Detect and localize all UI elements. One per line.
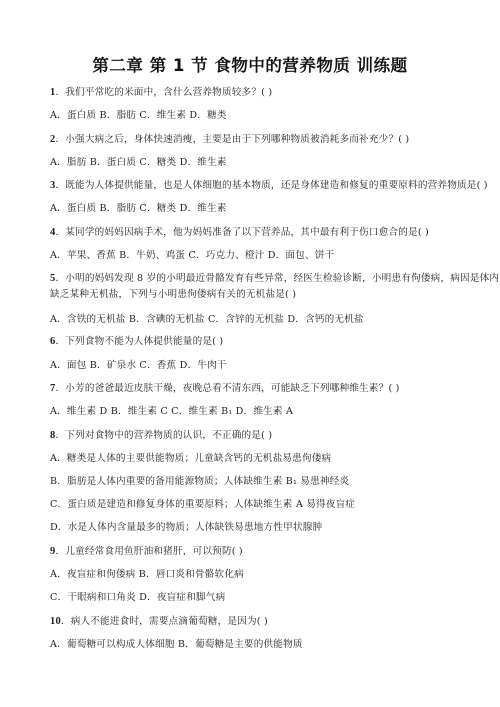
question-2: 2．小强大病之后，身体快速消瘦，主要是由于下列哪种物质被消耗多而补充少？( ): [50, 134, 409, 146]
question-1-options: A．蛋白质 B．脂肪 C．维生素 D．糖类: [50, 110, 227, 122]
question-3-options: A．蛋白质 B．脂肪 C．糖类 D．维生素: [50, 203, 227, 215]
question-stem: 儿童经常食用鱼肝油和猪肝，可以预防( ): [65, 546, 243, 557]
question-5: 5．小明的妈妈发现 8 岁的小明最近骨骼发育有些异常，经医生检验诊断，小明患有佝…: [50, 273, 499, 285]
question-8-option-d: D．水是人体内含量最多的物质；人体缺铁易患地方性甲状腺肿: [50, 522, 322, 534]
question-5-stem-continued: 缺乏某种无机盐，下列与小明患佝偻病有关的无机盐是( ): [50, 289, 296, 301]
question-6-options: A．面包 B．矿泉水 C．香蕉 D．牛肉干: [50, 360, 227, 372]
question-8-option-b: B．脂肪是人体内重要的备用能源物质；人体缺维生素 B₁ 易患神经炎: [50, 476, 349, 488]
question-stem: 下列对食物中的营养物质的认识，不正确的是( ): [65, 430, 272, 441]
question-stem: 某同学的妈妈因病手术，他为妈妈准备了以下营养品，其中最有利于伤口愈合的是( ): [65, 227, 429, 238]
question-stem: 既能为人体提供能量，也是人体细胞的基本物质，还是身体建造和修复的重要原料的营养物…: [65, 180, 487, 191]
question-stem: 小明的妈妈发现 8 岁的小明最近骨骼发育有些异常，经医生检验诊断，小明患有佝偻病…: [65, 273, 499, 284]
question-7-options: A．维生素 D B．维生素 C C．维生素 B₁ D．维生素 A: [50, 406, 293, 418]
question-10-options: A．葡萄糖可以构成人体细胞 B．葡萄糖是主要的供能物质: [50, 639, 303, 651]
question-number: 10: [50, 616, 61, 627]
question-3: 3．既能为人体提供能量，也是人体细胞的基本物质，还是身体建造和修复的重要原料的营…: [50, 180, 488, 192]
question-stem: 小芳的爸爸最近皮肤干燥，夜晚总看不清东西，可能缺乏下列哪种维生素？( ): [65, 383, 399, 394]
question-9-options-ab: A．夜盲症和佝偻病 B．唇口炎和骨骼软化病: [50, 569, 244, 581]
question-2-options: A．脂肪 B．蛋白质 C．糖类 D．维生素: [50, 157, 227, 169]
question-6: 6．下列食物不能为人体提供能量的是( ): [50, 336, 223, 348]
question-stem: 小强大病之后，身体快速消瘦，主要是由于下列哪种物质被消耗多而补充少？( ): [65, 134, 409, 145]
question-stem: 病人不能进食时，需要点滴葡萄糖，是因为( ): [71, 616, 268, 627]
question-10: 10．病人不能进食时，需要点滴葡萄糖，是因为( ): [50, 616, 268, 628]
question-4-options: A．苹果、香蕉 B．牛奶、鸡蛋 C．巧克力、橙汁 D．面包、饼干: [50, 250, 334, 262]
question-8-option-a: A．糖类是人体的主要供能物质；儿童缺含钙的无机盐易患佝偻病: [50, 453, 331, 465]
question-8-option-c: C．蛋白质是建造和修复身体的重要原料；人体缺维生素 A 易得夜盲症: [50, 499, 355, 511]
question-7: 7．小芳的爸爸最近皮肤干燥，夜晚总看不清东西，可能缺乏下列哪种维生素？( ): [50, 383, 400, 395]
question-stem: 我们平常吃的米面中，含什么营养物质较多？( ): [65, 87, 272, 98]
page-title: 第二章 第 1 节 食物中的营养物质 训练题: [0, 52, 500, 76]
question-4: 4．某同学的妈妈因病手术，他为妈妈准备了以下营养品，其中最有利于伤口愈合的是( …: [50, 227, 429, 239]
question-stem: 下列食物不能为人体提供能量的是( ): [65, 336, 223, 347]
question-5-options: A．含铁的无机盐 B．含碘的无机盐 C．含锌的无机盐 D．含钙的无机盐: [50, 314, 364, 326]
question-9-options-cd: C．干眼病和口角炎 D．夜盲症和脚气病: [50, 592, 225, 604]
question-9: 9．儿童经常食用鱼肝油和猪肝，可以预防( ): [50, 546, 243, 558]
question-8: 8．下列对食物中的营养物质的认识，不正确的是( ): [50, 430, 272, 442]
question-1: 1．我们平常吃的米面中，含什么营养物质较多？( ): [50, 87, 272, 99]
